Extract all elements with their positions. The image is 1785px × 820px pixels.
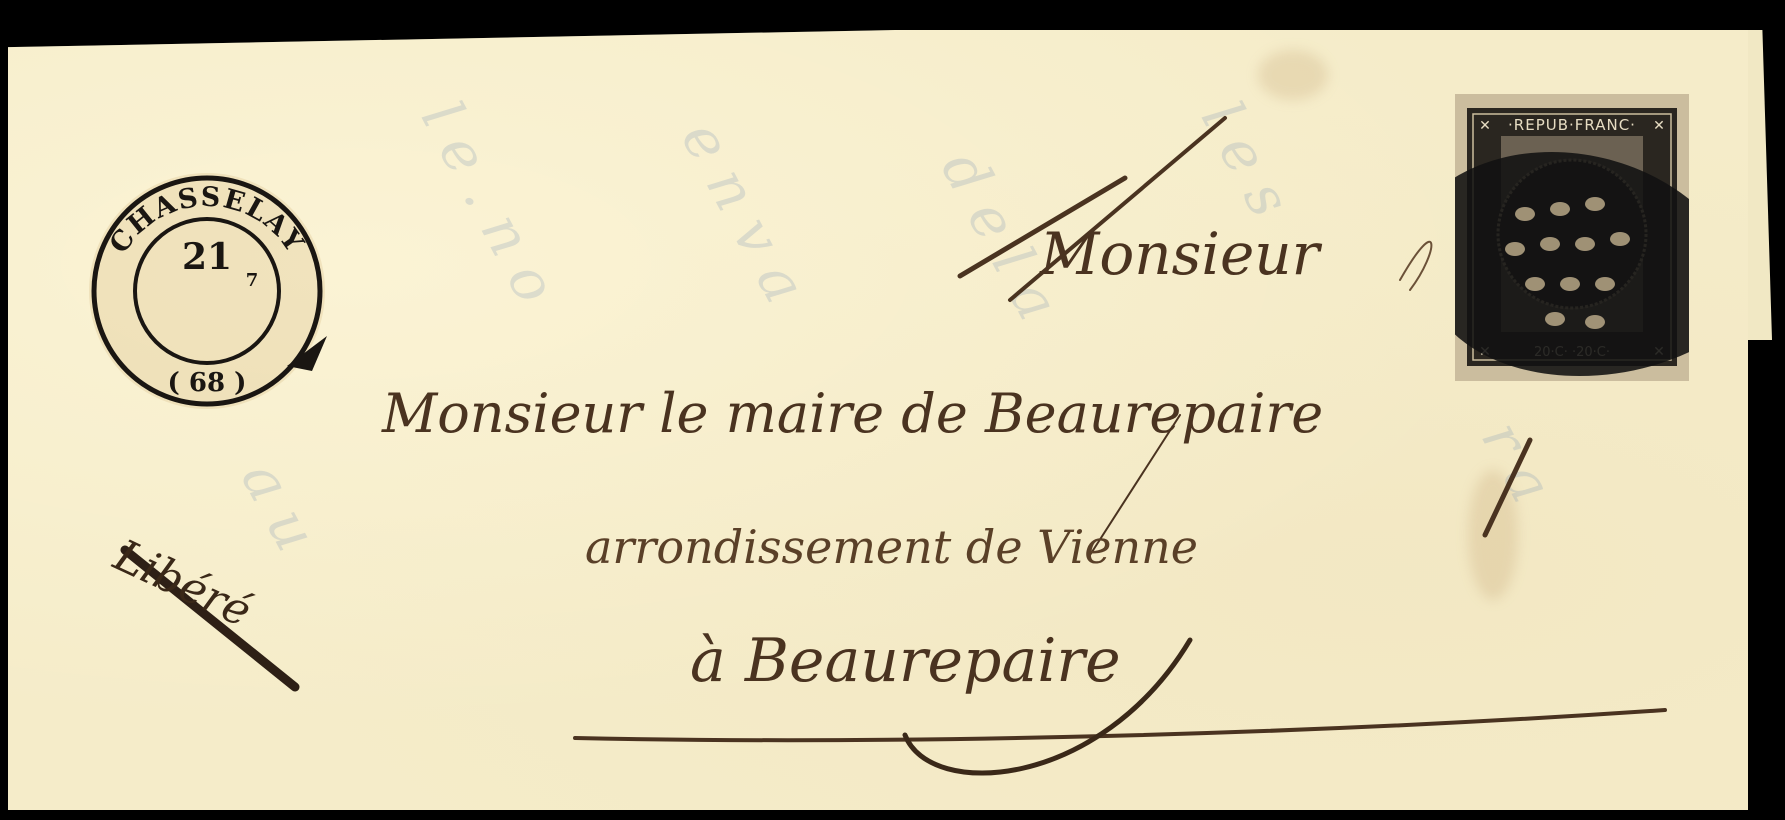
address-line-3: à Beaurepaire (690, 626, 1121, 696)
address-salutation: Monsieur (1040, 220, 1319, 288)
postmark-day: 21 (182, 236, 232, 278)
foxing-stain (1258, 50, 1328, 100)
postage-stamp: ·REPUB·FRANC· 20·C· ·20·C· ✕ ✕ ✕ ✕ (1455, 94, 1689, 381)
stamp-top-inscription: ·REPUB·FRANC· (1508, 116, 1636, 134)
show-through-writing: l e s (1188, 90, 1304, 227)
grid-cancel (1455, 152, 1689, 376)
show-through-writing: a u (228, 450, 330, 562)
show-through-writing: e n v a (668, 110, 819, 314)
postmark-cds: CHASSELAY 21 7 ( 68 ) (82, 166, 332, 416)
svg-text:✕: ✕ (1479, 118, 1491, 134)
photo-backdrop: l e . n o e n v a d e l a l e s r a a u … (0, 0, 1785, 820)
letter-flap (1748, 30, 1772, 340)
address-line-1: Monsieur le maire de Beaurepaire (382, 382, 1323, 445)
show-through-writing: l e . n o (408, 90, 570, 314)
address-line-2: arrondissement de Vienne (585, 520, 1198, 574)
postmark-month: 7 (246, 270, 259, 291)
postmark-department: ( 68 ) (168, 368, 247, 398)
svg-text:✕: ✕ (1653, 118, 1665, 134)
